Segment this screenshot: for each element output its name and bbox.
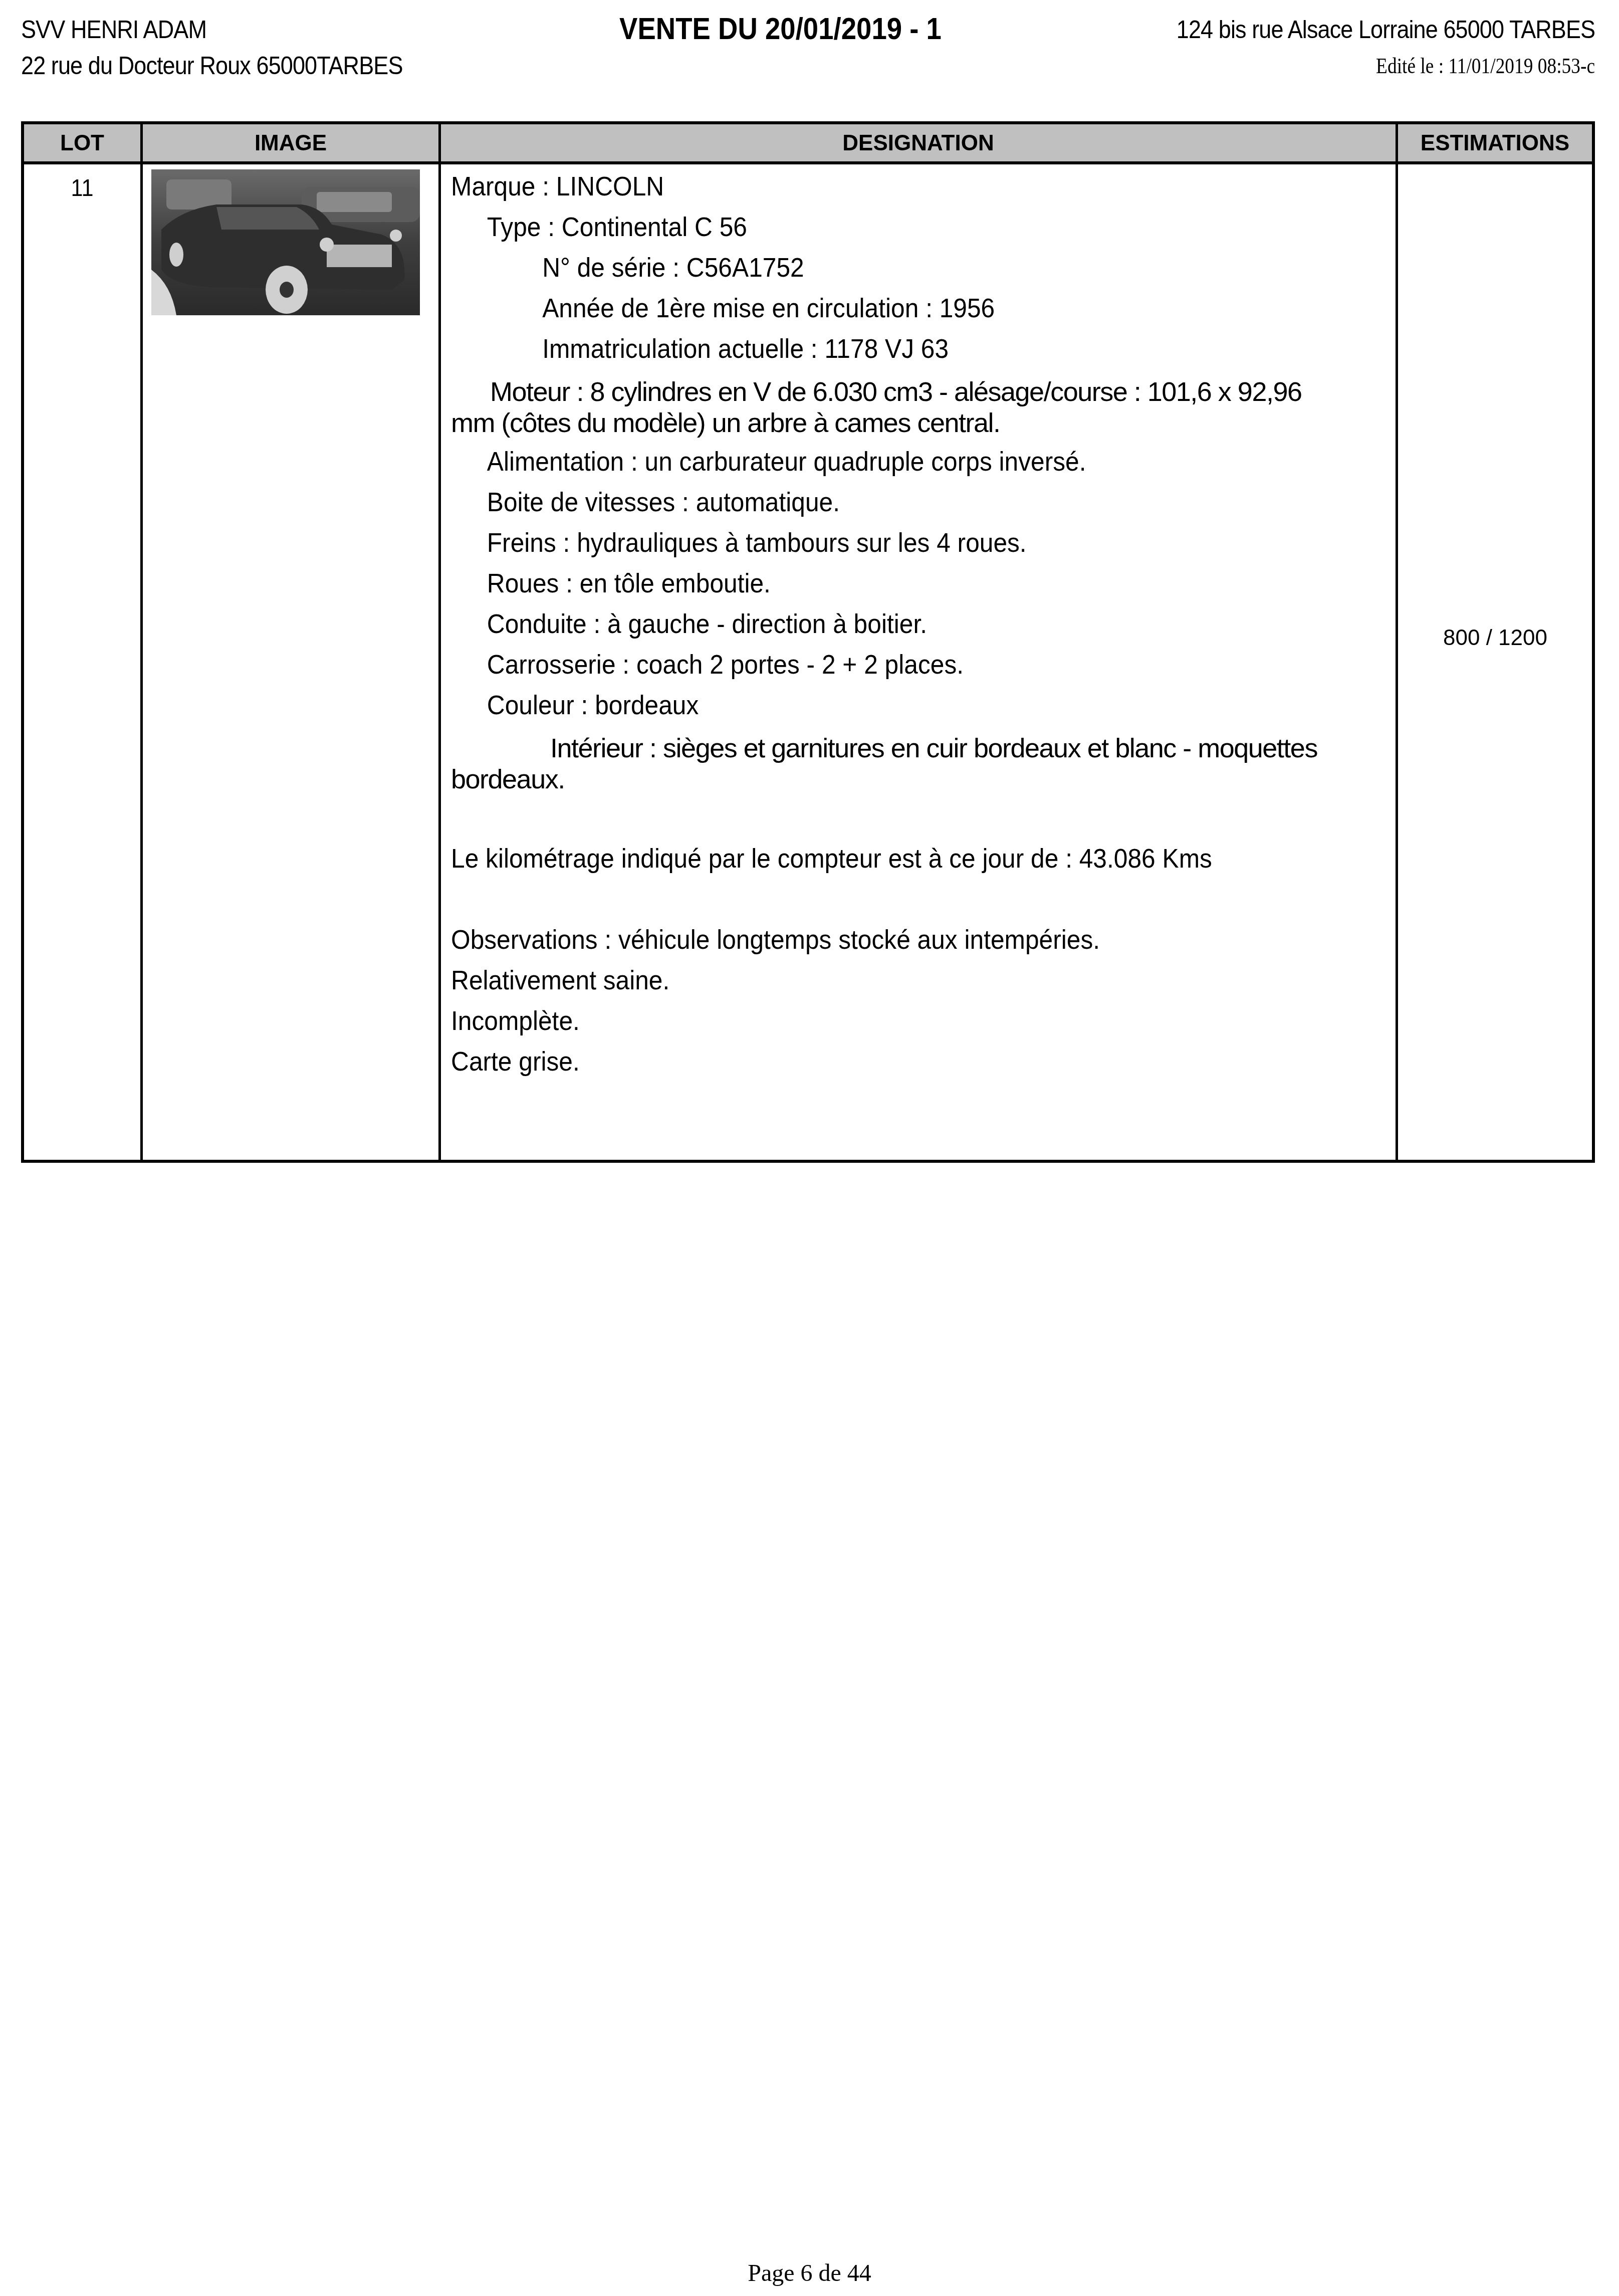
- designation-alimentation: Alimentation : un carburateur quadruple …: [451, 442, 1318, 482]
- company-name: SVV HENRI ADAM: [21, 15, 206, 44]
- observation-line: Carte grise.: [451, 1041, 1318, 1082]
- company-address: 22 rue du Docteur Roux 65000TARBES: [21, 51, 403, 80]
- column-divider: [438, 124, 441, 1160]
- column-header-estimations: ESTIMATIONS: [1398, 124, 1592, 161]
- column-divider: [1396, 124, 1398, 1160]
- edited-timestamp: Edité le : 11/01/2019 08:53-c: [1376, 53, 1595, 79]
- observation-line: Relativement saine.: [451, 960, 1318, 1001]
- column-header-designation: DESIGNATION: [441, 124, 1396, 161]
- designation-carrosserie: Carrosserie : coach 2 portes - 2 + 2 pla…: [451, 645, 1318, 685]
- designation-type: Type : Continental C 56: [451, 207, 1318, 248]
- designation-kilometrage: Le kilométrage indiqué par le compteur e…: [451, 839, 1318, 879]
- designation-interieur: Intérieur : sièges et garnitures en cuir…: [451, 726, 1333, 798]
- lot-estimation: 800 / 1200: [1399, 625, 1592, 651]
- designation-serie: N° de série : C56A1752: [451, 248, 1318, 288]
- designation-boite: Boite de vitesses : automatique.: [451, 482, 1318, 523]
- page-number: Page 6 de 44: [0, 2259, 1619, 2287]
- observation-line: Observations : véhicule longtemps stocké…: [451, 920, 1318, 960]
- designation-roues: Roues : en tôle emboutie.: [451, 563, 1318, 604]
- column-divider: [140, 124, 143, 1160]
- sale-title: VENTE DU 20/01/2019 - 1: [619, 11, 942, 47]
- designation-conduite: Conduite : à gauche - direction à boitie…: [451, 604, 1318, 645]
- column-header-lot: LOT: [24, 124, 140, 161]
- car-photo-icon: [151, 169, 420, 315]
- designation-marque: Marque : LINCOLN: [451, 166, 1318, 207]
- sale-address: 124 bis rue Alsace Lorraine 65000 TARBES: [1177, 15, 1595, 44]
- lot-number: 11: [30, 174, 135, 202]
- designation-couleur: Couleur : bordeaux: [451, 685, 1318, 726]
- column-header-image: IMAGE: [143, 124, 438, 161]
- lot-photo[interactable]: [151, 169, 420, 315]
- designation-annee: Année de 1ère mise en circulation : 1956: [451, 288, 1318, 329]
- designation-immatriculation: Immatriculation actuelle : 1178 VJ 63: [451, 329, 1318, 369]
- observation-line: Incomplète.: [451, 1001, 1318, 1041]
- lot-designation: Marque : LINCOLN Type : Continental C 56…: [451, 166, 1393, 1082]
- designation-freins: Freins : hydrauliques à tambours sur les…: [451, 523, 1318, 563]
- lots-table: LOT IMAGE DESIGNATION ESTIMATIONS 11: [21, 121, 1595, 1163]
- designation-moteur: Moteur : 8 cylindres en V de 6.030 cm3 -…: [451, 369, 1333, 442]
